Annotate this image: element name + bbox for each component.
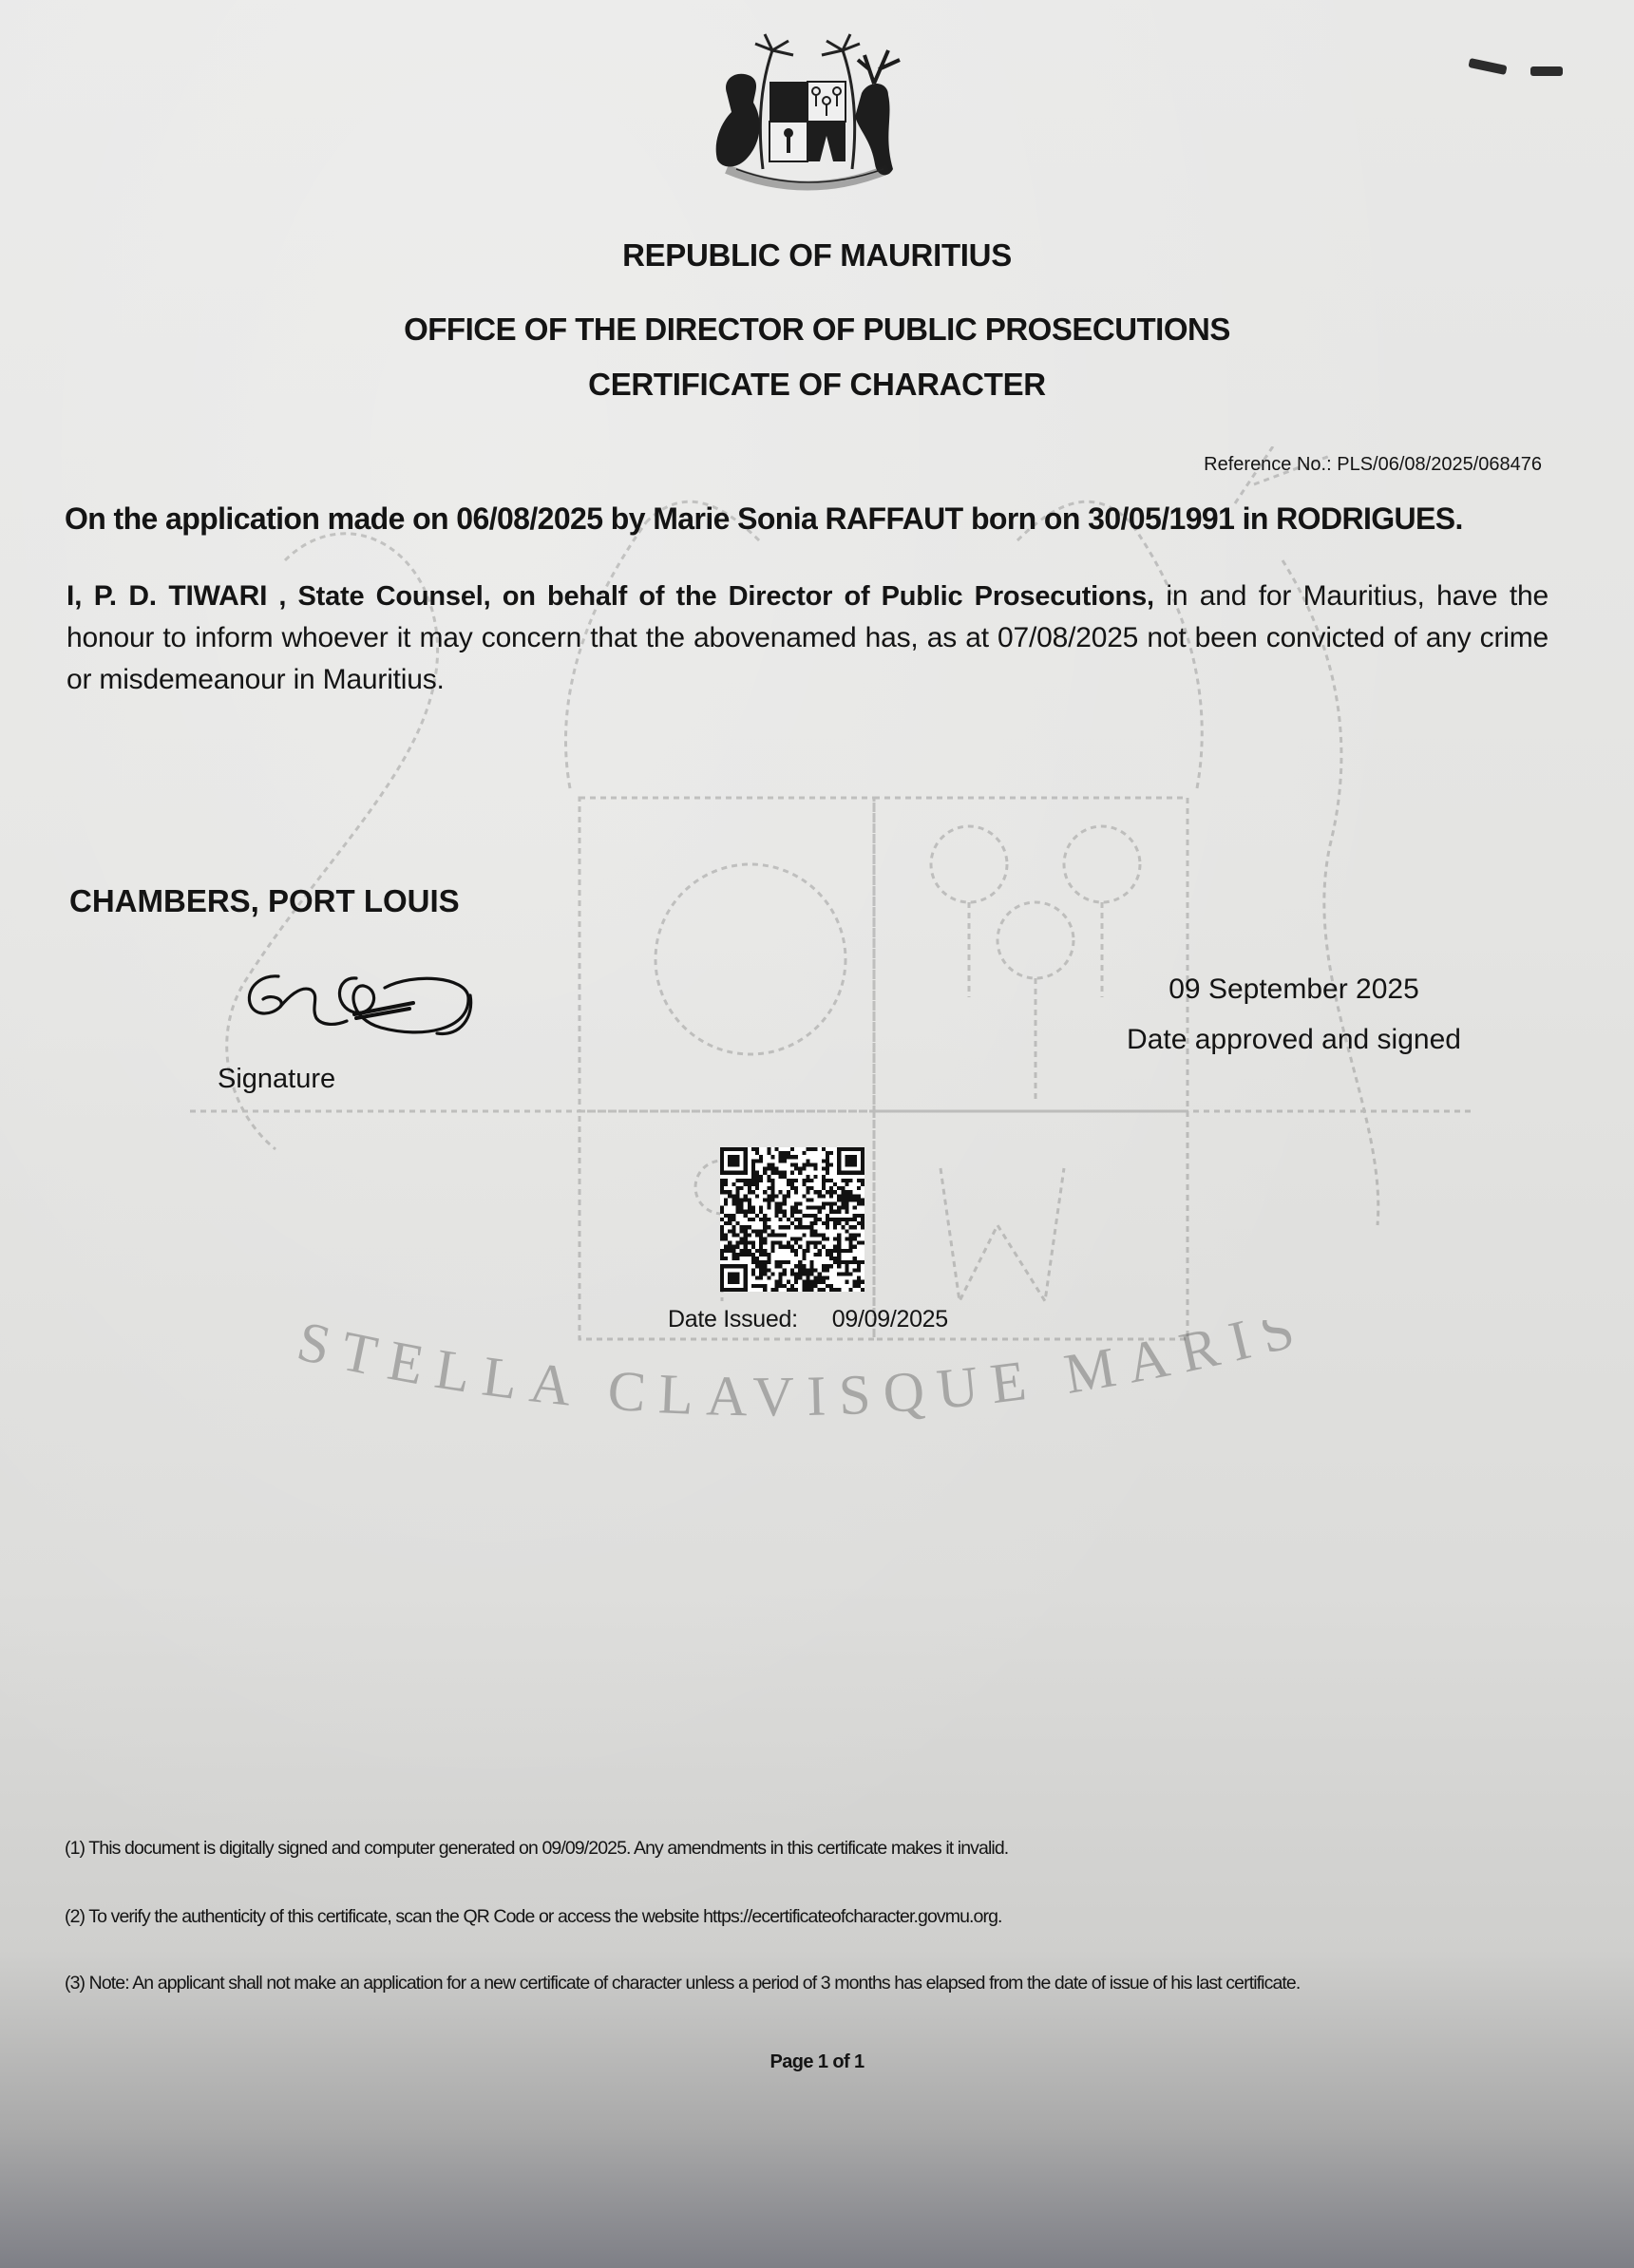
reference-number: Reference No.: PLS/06/08/2025/068476 [1204, 454, 1542, 476]
document-title: CERTIFICATE OF CHARACTER [0, 367, 1634, 403]
application-prefix: On the application made on [65, 501, 448, 536]
country-heading: REPUBLIC OF MAURITIUS [0, 237, 1634, 274]
as-at-date: 07/08/2025 [997, 622, 1138, 653]
in-label: in [1243, 501, 1268, 536]
approved-label: Date approved and signed [1119, 1014, 1469, 1065]
verification-qr-code-icon[interactable] [720, 1147, 864, 1292]
handwritten-signature-icon [242, 969, 494, 1054]
staple-mark [1530, 66, 1563, 76]
office-heading: OFFICE OF THE DIRECTOR OF PUBLIC PROSECU… [0, 312, 1634, 348]
watermark-motto: STELLA CLAVISQUE MARIS INDICI [285, 1320, 1330, 1444]
coat-of-arms-icon [698, 27, 917, 202]
certification-statement: I, P. D. TIWARI , State Counsel, on beha… [66, 576, 1548, 701]
staple-mark [1468, 58, 1507, 75]
born-label: born on [971, 501, 1080, 536]
footnote-2: (2) To verify the authenticity of this c… [65, 1902, 1509, 1931]
signature-label: Signature [218, 1064, 335, 1095]
birth-place: RODRIGUES. [1276, 501, 1463, 536]
date-issued-label: Date Issued: [668, 1306, 798, 1332]
svg-text:STELLA CLAVISQUE MARIS INDICI: STELLA CLAVISQUE MARIS INDICI [285, 1320, 1313, 1427]
date-issued-value: 09/09/2025 [832, 1306, 948, 1332]
application-date: 06/08/2025 [456, 501, 602, 536]
reference-value: PLS/06/08/2025/068476 [1337, 454, 1542, 475]
counsel-name: I, P. D. TIWARI [66, 580, 267, 612]
reference-label: Reference No.: [1204, 454, 1332, 475]
date-issued: Date Issued:09/09/2025 [668, 1306, 948, 1333]
birth-date: 30/05/1991 [1088, 501, 1234, 536]
footnote-1: (1) This document is digitally signed an… [65, 1834, 1509, 1862]
approved-date: 09 September 2025 [1119, 964, 1469, 1014]
approval-block: 09 September 2025 Date approved and sign… [1119, 964, 1469, 1065]
page-number: Page 1 of 1 [0, 2051, 1634, 2073]
counsel-role: , State Counsel, on behalf of the Direct… [267, 581, 1154, 612]
signing-place: CHAMBERS, PORT LOUIS [69, 883, 460, 919]
by-label: by [611, 501, 645, 536]
application-line: On the application made on 06/08/2025 by… [65, 501, 1547, 537]
applicant-name: Marie Sonia RAFFAUT [653, 501, 962, 536]
watermark-motto-text: STELLA CLAVISQUE MARIS INDICI [285, 1320, 1313, 1427]
footnote-3: (3) Note: An applicant shall not make an… [65, 1969, 1509, 1997]
